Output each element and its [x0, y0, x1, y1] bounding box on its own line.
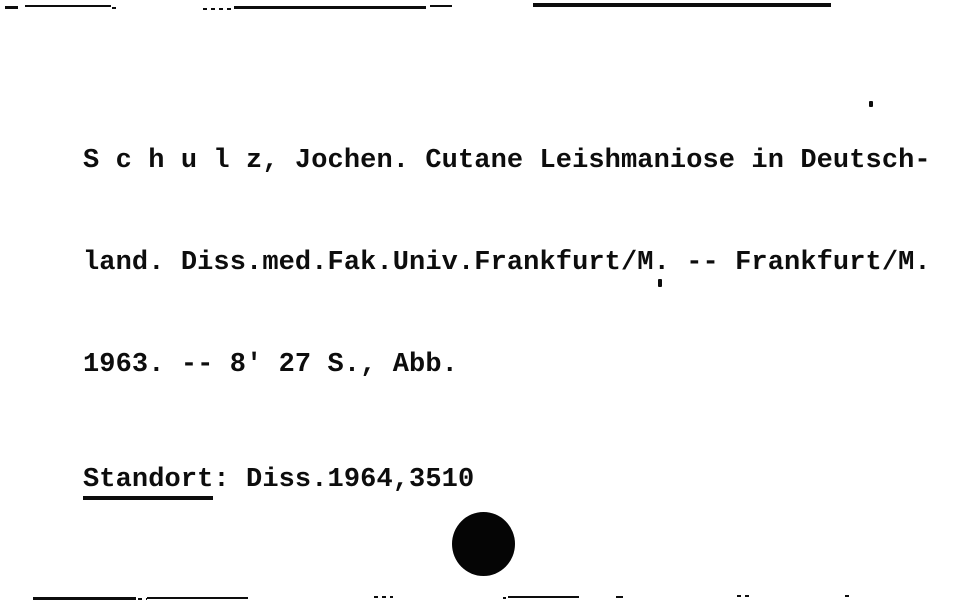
scan-edge-fragment	[25, 5, 111, 7]
ink-speck	[658, 279, 662, 287]
scan-edge-fragment	[616, 596, 623, 598]
scan-edge-fragment	[203, 8, 233, 10]
scan-edge-fragment	[845, 595, 850, 597]
scan-edge-fragment	[508, 596, 579, 598]
scan-edge-fragment	[147, 597, 248, 599]
scan-edge-fragment	[112, 7, 116, 9]
scan-edge-fragment	[138, 598, 147, 600]
entry-text-block: S c h u l z, Jochen. Cutane Leishmaniose…	[83, 76, 931, 565]
catalog-card: S c h u l z, Jochen. Cutane Leishmaniose…	[0, 0, 967, 602]
hole-punch	[452, 512, 515, 576]
entry-line-2: land. Diss.med.Fak.Univ.Frankfurt/M. -- …	[83, 246, 931, 280]
standort-line: Standort: Diss.1964,3510	[83, 463, 931, 497]
scan-edge-fragment	[430, 5, 452, 7]
ink-speck	[869, 101, 873, 107]
scan-edge-fragment	[533, 3, 831, 7]
standort-label: Standort	[83, 465, 213, 500]
scan-edge-fragment	[737, 595, 750, 597]
scan-edge-fragment	[374, 596, 393, 598]
scan-edge-fragment	[503, 597, 506, 599]
entry-line-1: S c h u l z, Jochen. Cutane Leishmaniose…	[83, 144, 931, 178]
entry-line-3: 1963. -- 8' 27 S., Abb.	[83, 348, 931, 382]
scan-edge-fragment	[234, 6, 426, 9]
scan-edge-fragment	[5, 6, 18, 9]
standort-value: : Diss.1964,3510	[213, 465, 474, 495]
scan-edge-fragment	[33, 597, 136, 600]
